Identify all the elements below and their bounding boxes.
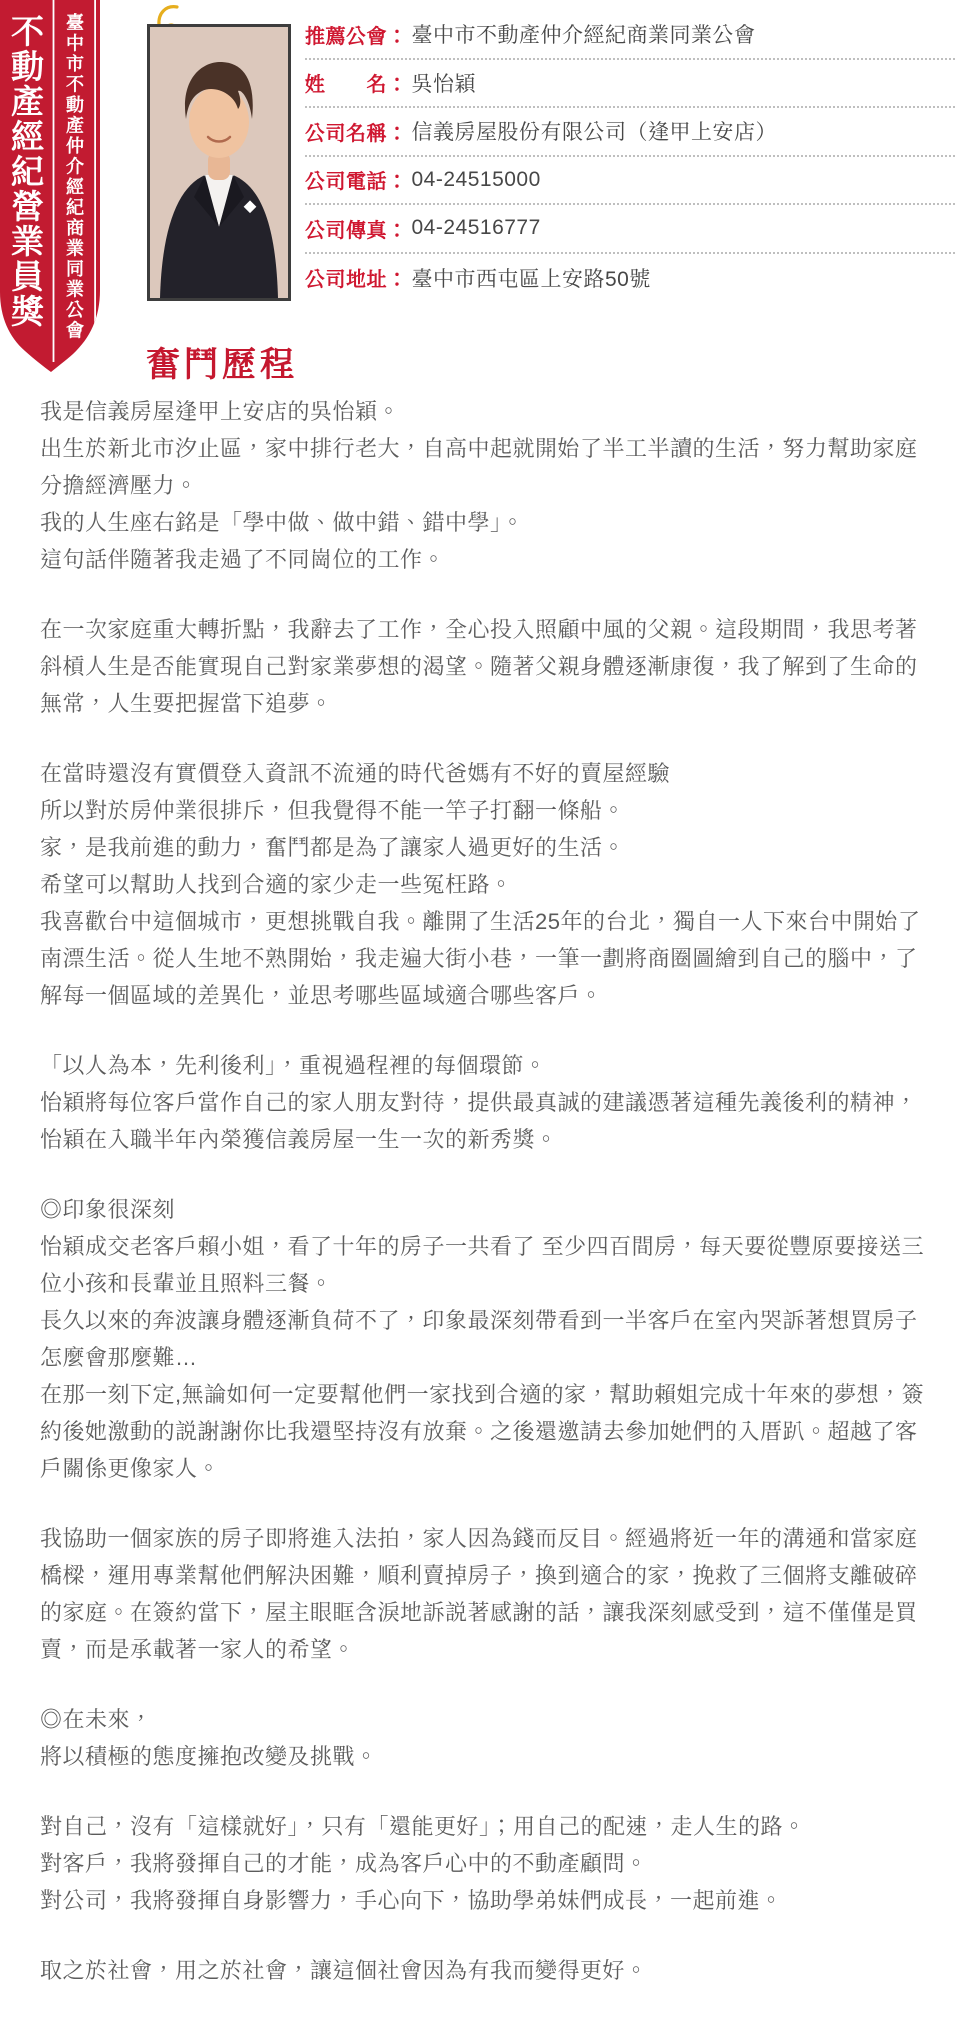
profile-row: 推薦公會：臺中市不動產仲介經紀商業同業公會 bbox=[305, 11, 955, 60]
profile-row: 姓 名：吳怡穎 bbox=[305, 60, 955, 109]
profile-label: 推薦公會： bbox=[305, 20, 408, 49]
profile-value: 臺中市西屯區上安路50號 bbox=[412, 263, 651, 293]
story-paragraph: 取之於社會，用之於社會，讓這個社會因為有我而變得更好。 bbox=[40, 1952, 934, 1989]
profile-label: 姓 名： bbox=[305, 68, 408, 97]
profile-label: 公司地址： bbox=[305, 263, 408, 292]
association-name-vertical: 臺中市不動產仲介經紀商業同業公會 bbox=[65, 13, 83, 341]
profile-label: 公司電話： bbox=[305, 165, 408, 194]
award-profile-page: 不動產經紀營業員獎 臺中市不動產仲介經紀商業同業公會 bbox=[0, 0, 968, 2023]
portrait-photo bbox=[147, 24, 291, 301]
profile-row: 公司電話：04-24515000 bbox=[305, 157, 955, 206]
profile-label: 公司傳真： bbox=[305, 214, 408, 243]
story-paragraph: 在當時還沒有實價登入資訊不流通的時代爸媽有不好的賣屋經驗所以對於房仲業很排斥，但… bbox=[40, 755, 934, 1014]
profile-row: 公司名稱：信義房屋股份有限公司（逢甲上安店） bbox=[305, 108, 955, 157]
portrait-illustration bbox=[150, 27, 288, 298]
profile-value: 信義房屋股份有限公司（逢甲上安店） bbox=[412, 116, 778, 146]
profile-row: 公司傳真：04-24516777 bbox=[305, 205, 955, 254]
section-title: 奮鬥歷程 bbox=[146, 337, 298, 386]
story-paragraph: ◎印象很深刻怡穎成交老客戶賴小姐，看了十年的房子一共看了 至少四百間房，每天要從… bbox=[40, 1191, 934, 1487]
profile-value: 04-24515000 bbox=[412, 168, 541, 192]
profile-info-table: 推薦公會：臺中市不動產仲介經紀商業同業公會姓 名：吳怡穎公司名稱：信義房屋股份有… bbox=[305, 11, 955, 302]
story-paragraph: ◎在未來，將以積極的態度擁抱改變及挑戰。 bbox=[40, 1701, 934, 1775]
story-paragraph: 對自己，沒有「這樣就好」，只有「還能更好」；用自己的配速，走人生的路。對客戶，我… bbox=[40, 1808, 934, 1919]
story-body: 我是信義房屋逢甲上安店的吳怡穎。出生於新北市汐止區，家中排行老大，自高中起就開始… bbox=[40, 393, 934, 1989]
profile-value: 臺中市不動產仲介經紀商業同業公會 bbox=[412, 19, 756, 49]
award-title-vertical: 不動產經紀營業員獎 bbox=[9, 14, 42, 329]
story-paragraph: 我是信義房屋逢甲上安店的吳怡穎。出生於新北市汐止區，家中排行老大，自高中起就開始… bbox=[40, 393, 934, 578]
profile-value: 04-24516777 bbox=[412, 216, 541, 240]
profile-row: 公司地址：臺中市西屯區上安路50號 bbox=[305, 254, 955, 303]
story-paragraph: 「以人為本，先利後利」，重視過程裡的每個環節。怡穎將每位客戶當作自己的家人朋友對… bbox=[40, 1047, 934, 1158]
profile-label: 公司名稱： bbox=[305, 117, 408, 146]
story-paragraph: 我協助一個家族的房子即將進入法拍，家人因為錢而反目。經過將近一年的溝通和當家庭橋… bbox=[40, 1520, 934, 1668]
profile-value: 吳怡穎 bbox=[412, 68, 477, 98]
story-paragraph: 在一次家庭重大轉折點，我辭去了工作，全心投入照顧中風的父親。這段期間，我思考著斜… bbox=[40, 611, 934, 722]
award-ribbon: 不動產經紀營業員獎 臺中市不動產仲介經紀商業同業公會 bbox=[0, 0, 104, 390]
